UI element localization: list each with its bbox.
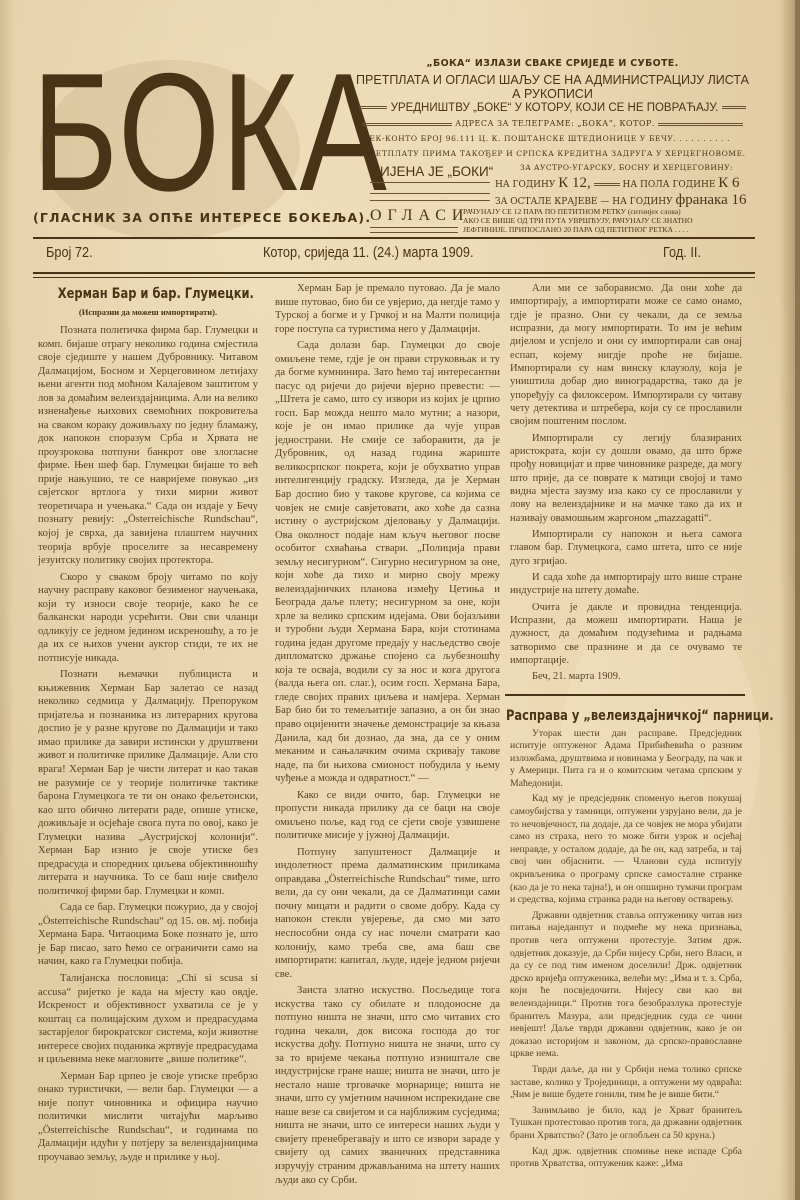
article-kicker: (Испразни да можеш импортирати). <box>38 306 258 318</box>
article-paragraph: Заиста златно искуство. Посљедице тога и… <box>275 984 500 1187</box>
subscription-info: ПРЕТПЛАТА И ОГЛАСИ ШАЉУ СЕ НА АДМИНИСТРА… <box>355 73 750 87</box>
article-paragraph: Позната политичка фирма бар. Глумецки и … <box>38 324 258 568</box>
article-paragraph: Импортирали су напокон и њега самога гла… <box>510 528 742 568</box>
article-paragraph: Уторак шести дан расправе. Предсједник и… <box>510 728 742 791</box>
dateline-rule <box>33 272 755 278</box>
article-paragraph: Сада долази бар. Глумецки до своје омиље… <box>275 339 500 786</box>
article-paragraph: Познати њемачки публициста и књижевник Х… <box>38 668 258 898</box>
decorative-rule <box>722 106 746 109</box>
article-headline: Херман Бар и бар. Глумецки. <box>58 284 238 304</box>
price-region: ЗА АУСТРО-УГАРСКУ, БОСНУ И ХЕРЦЕГОВИНУ: <box>520 163 733 172</box>
editorial-office-info: УРЕДНИШТВУ „БОКЕ“ У КОТОРУ, КОЈИ СЕ НЕ П… <box>355 102 750 114</box>
article-paragraph: Потпуну запуштеност Далмације и индолетн… <box>275 846 500 981</box>
dateline: Број 72. Котор, сриједа 11. (24.) марта … <box>33 244 745 266</box>
price-row-domestic: НА ГОДИНУ К 12, НА ПОЛА ГОДИНЕ К 6 <box>495 175 740 192</box>
price-label: ЦИЈЕНА ЈЕ „БОКИ“ <box>370 164 493 179</box>
article-signoff: Беч, 21. марта 1909. <box>510 670 742 683</box>
article-paragraph: Тврди даље, да ни у Србији нема толико с… <box>510 1064 742 1102</box>
issue-date: Котор, сриједа 11. (24.) марта 1909. <box>263 244 473 261</box>
article-paragraph: Импортирали су легију блазираних аристок… <box>510 432 742 525</box>
column-3: Али ми се заборависмо. Да они хоће да им… <box>510 282 742 1171</box>
article-paragraph: И сада хоће да импортирају што више стра… <box>510 571 742 598</box>
newspaper-page: БОКА (ГЛАСНИК ЗА ОПЋЕ ИНТЕРЕСЕ БОКЕЉА). … <box>0 0 800 1200</box>
ads-label: ОГЛАСИ <box>370 207 469 225</box>
article-paragraph: Очита је дакле и провидна тенденција. Ис… <box>510 601 742 668</box>
article-paragraph: Кад му је предсједник споменуо његов пок… <box>510 793 742 906</box>
decorative-rule <box>359 106 387 109</box>
decorative-rule <box>658 123 743 126</box>
decorative-rule <box>594 183 620 186</box>
decorative-rule <box>370 193 490 194</box>
masthead-rule <box>33 237 755 239</box>
article-paragraph: Али ми се заборависмо. Да они хоће да им… <box>510 282 742 429</box>
decorative-rule <box>370 232 458 233</box>
article-paragraph: Сада се бар. Глумецки пожурио, да у свој… <box>38 901 258 969</box>
article-paragraph: Херман Бар је премало путовао. Да је мал… <box>275 282 500 336</box>
article-headline: Расправа у „велеиздајничкој“ парници. <box>506 706 700 726</box>
masthead: БОКА (ГЛАСНИК ЗА ОПЋЕ ИНТЕРЕСЕ БОКЕЉА). … <box>0 0 795 240</box>
publication-schedule: „БОКА“ ИЗЛАЗИ СВАКЕ СРИЈЕДЕ И СУБОТЕ. <box>355 58 750 69</box>
postal-account-info: ЧЕК-КОНТО БРОЈ 96.111 Ц. К. ПОШТАНСКЕ ШТ… <box>355 134 750 143</box>
column-1: Херман Бар и бар. Глумецки. (Испразни да… <box>38 282 258 1164</box>
issue-number: Број 72. <box>46 244 93 261</box>
article-paragraph: Државни одвјетник ставља оптуженику чита… <box>510 910 742 1061</box>
newspaper-subtitle: (ГЛАСНИК ЗА ОПЋЕ ИНТЕРЕСЕ БОКЕЉА). <box>33 210 333 225</box>
subscription-agent-info: ПРЕТПЛАТУ ПРИМА ТАКОЂЕР И СРПСКА КРЕДИТН… <box>355 149 750 158</box>
volume-year: Год. II. <box>663 244 701 261</box>
advertising-info: ОГЛАСИ РАЧУНАЈУ СЕ 12 ПАРА ПО ПЕТИТНОМ Р… <box>355 207 750 247</box>
article-separator <box>505 694 745 696</box>
decorative-rule <box>370 200 490 201</box>
manuscripts-info: А РУКОПИСИ <box>355 87 750 101</box>
decorative-rule <box>370 182 490 183</box>
article-paragraph: Кад држ. одвјетник спомиње неке испаде С… <box>510 1146 742 1171</box>
ads-rates: РАЧУНАЈУ СЕ 12 ПАРА ПО ПЕТИТНОМ РЕТКУ (с… <box>463 207 693 235</box>
article-paragraph: Занимљиво је било, кад је Хрват бранитељ… <box>510 1105 742 1143</box>
publication-info: „БОКА“ ИЗЛАЗИ СВАКЕ СРИЈЕДЕ И СУБОТЕ. ПР… <box>355 58 750 158</box>
decorative-rule <box>370 227 458 228</box>
article-paragraph: Талијанска пословица: „Chi si scusa si a… <box>38 972 258 1067</box>
decorative-rule <box>362 123 452 126</box>
column-2: Херман Бар је премало путовао. Да је мал… <box>275 282 500 1187</box>
newspaper-logo: БОКА <box>32 52 266 212</box>
article-paragraph: Херман Бар црпео је своје утиске пребрзо… <box>38 1070 258 1165</box>
telegram-address: АДРЕСА ЗА ТЕЛЕГРАМЕ: „БОКА“, КОТОР. <box>355 119 750 128</box>
article-paragraph: Како се види очито, бар. Глумецки не про… <box>275 789 500 843</box>
article-paragraph: Скоро у сваком броју читамо по коју науч… <box>38 571 258 666</box>
